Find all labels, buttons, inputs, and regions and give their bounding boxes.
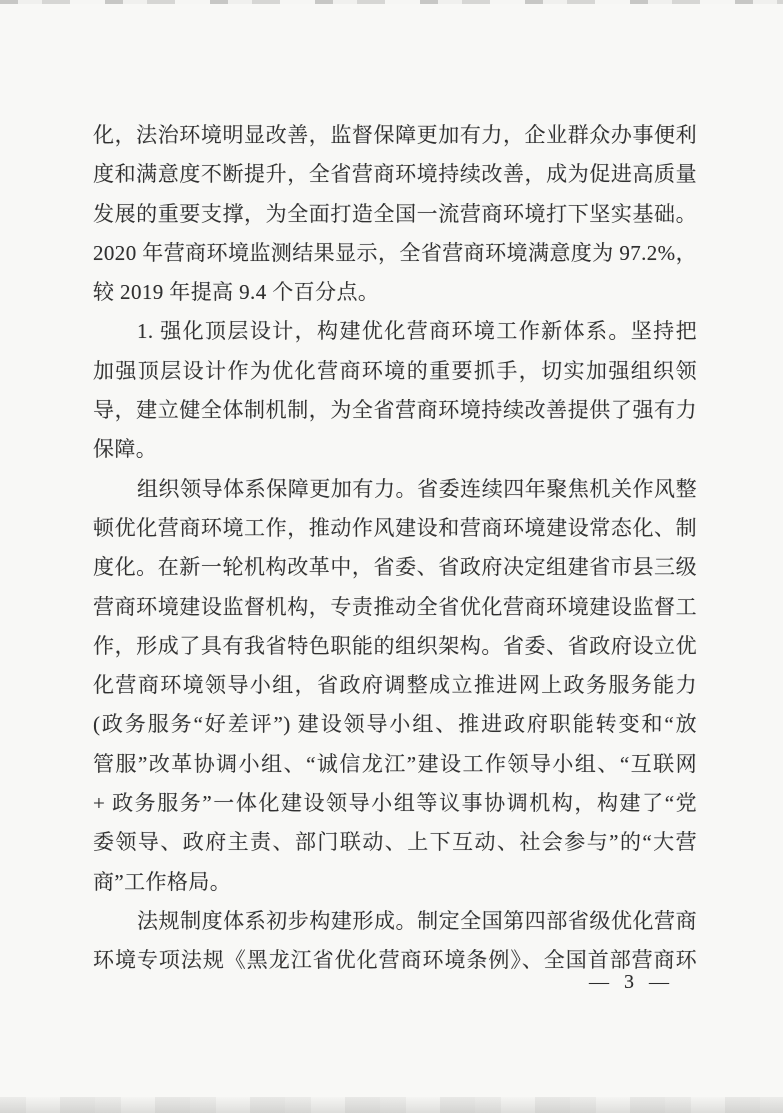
text-line: 保障。 <box>93 430 697 469</box>
text-line: 2020 年营商环境监测结果显示，全省营商环境满意度为 97.2%， <box>93 234 697 273</box>
text-line: 组织领导体系保障更加有力。省委连续四年聚焦机关作风整 <box>93 470 697 509</box>
text-line: 导，建立健全体制机制，为全省营商环境持续改善提供了强有力 <box>93 391 697 430</box>
scan-edge-bottom <box>0 1097 783 1113</box>
text-line: 商”工作格局。 <box>93 863 697 902</box>
text-line: 作，形成了具有我省特色职能的组织架构。省委、省政府设立优 <box>93 627 697 666</box>
text-line: (政务服务“好差评”) 建设领导小组、推进政府职能转变和“放 <box>93 705 697 744</box>
text-line: 营商环境建设监督机构，专责推动全省优化营商环境建设监督工 <box>93 588 697 627</box>
text-line: 委领导、政府主责、部门联动、上下互动、社会参与”的“大营 <box>93 823 697 862</box>
text-line: + 政务服务”一体化建设领导小组等议事协调机构，构建了“党 <box>93 784 697 823</box>
text-line: 法规制度体系初步构建形成。制定全国第四部省级优化营商 <box>93 902 697 941</box>
text-line: 加强顶层设计作为优化营商环境的重要抓手，切实加强组织领 <box>93 352 697 391</box>
text-line: 度化。在新一轮机构改革中，省委、省政府决定组建省市县三级 <box>93 548 697 587</box>
document-body: 化，法治环境明显改善，监督保障更加有力，企业群众办事便利 度和满意度不断提升，全… <box>93 116 697 981</box>
text-line: 顿优化营商环境工作，推动作风建设和营商环境建设常态化、制 <box>93 509 697 548</box>
text-line: 化，法治环境明显改善，监督保障更加有力，企业群众办事便利 <box>93 116 697 155</box>
scanned-document-page: 化，法治环境明显改善，监督保障更加有力，企业群众办事便利 度和满意度不断提升，全… <box>0 0 783 1113</box>
text-line: 1. 强化顶层设计，构建优化营商环境工作新体系。坚持把 <box>93 312 697 351</box>
text-line: 发展的重要支撑，为全面打造全国一流营商环境打下坚实基础。 <box>93 195 697 234</box>
text-line: 度和满意度不断提升，全省营商环境持续改善，成为促进高质量 <box>93 155 697 194</box>
page-number: — 3 — <box>589 968 671 996</box>
scan-edge-top <box>0 0 783 4</box>
text-line: 化营商环境领导小组，省政府调整成立推进网上政务服务能力 <box>93 666 697 705</box>
text-line: 较 2019 年提高 9.4 个百分点。 <box>93 273 697 312</box>
text-line: 管服”改革协调小组、“诚信龙江”建设工作领导小组、“互联网 <box>93 745 697 784</box>
